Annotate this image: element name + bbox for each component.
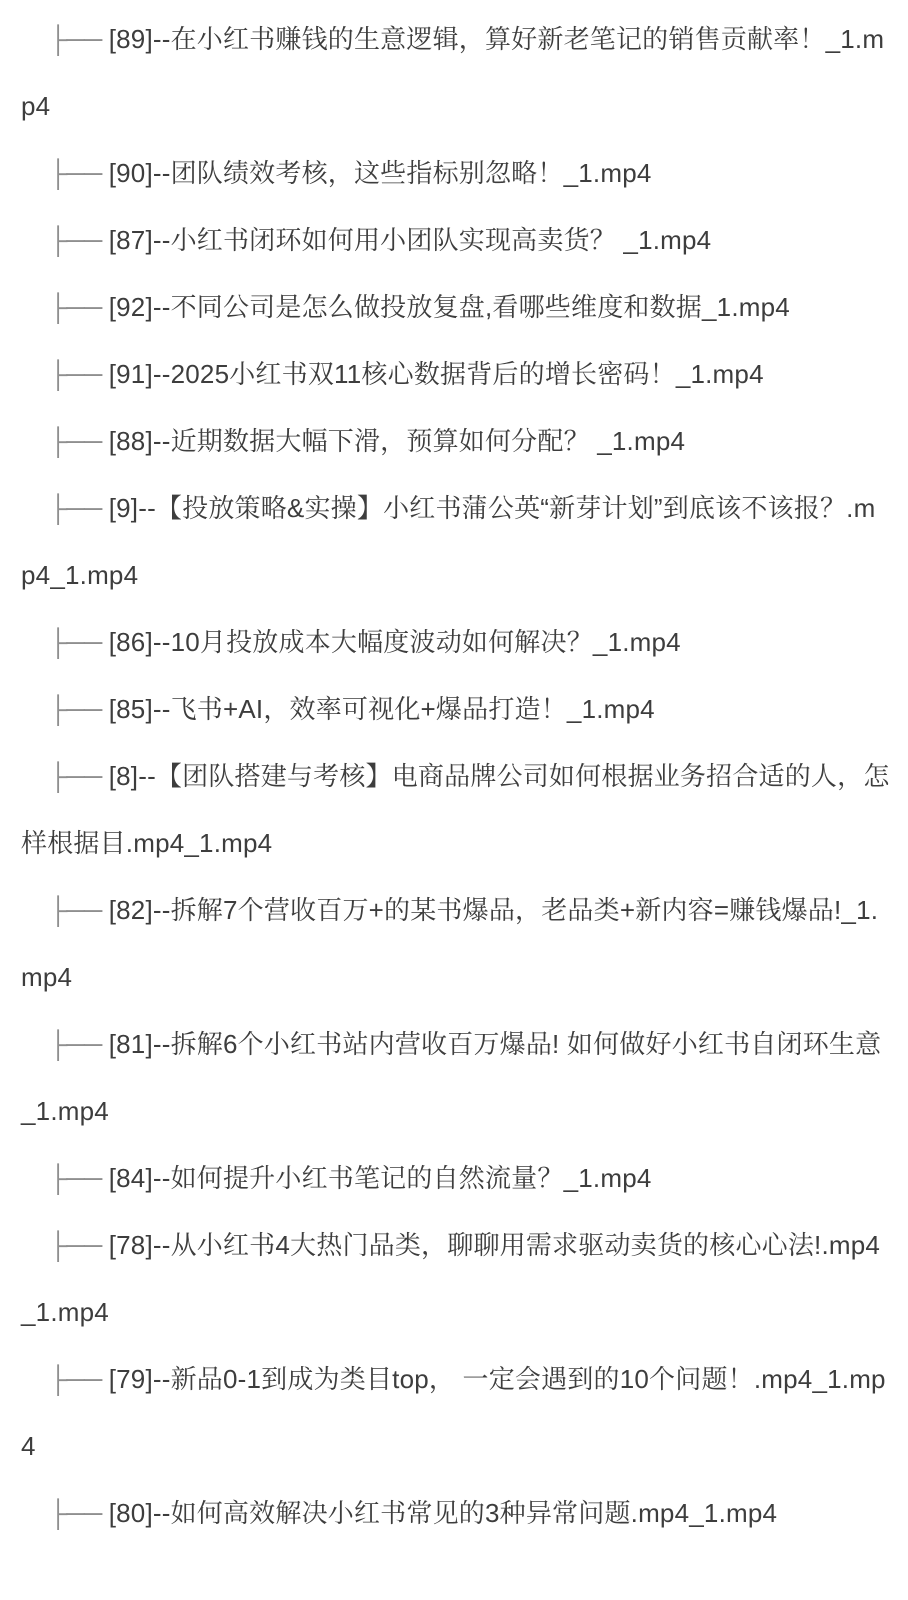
file-tree-entry: ├── [84]--如何提升小红书笔记的自然流量？_1.mp4 [21, 1145, 890, 1212]
file-name: [91]--2025小红书双11核心数据背后的增长密码！_1.mp4 [109, 359, 764, 389]
file-tree-entry: ├── [87]--小红书闭环如何用小团队实现高卖货？ _1.mp4 [21, 207, 890, 274]
file-tree-entry: ├── [92]--不同公司是怎么做投放复盘,看哪些维度和数据_1.mp4 [21, 274, 890, 341]
tree-branch-icon: ├── [49, 1029, 101, 1059]
file-tree-entry: ├── [79]--新品0-1到成为类目top， 一定会遇到的10个问题！.mp… [21, 1346, 890, 1480]
tree-branch-icon: ├── [49, 158, 101, 188]
file-name: [8]--【团队搭建与考核】电商品牌公司如何根据业务招合适的人，怎样根据目.mp… [21, 761, 890, 858]
file-name: [92]--不同公司是怎么做投放复盘,看哪些维度和数据_1.mp4 [109, 292, 790, 322]
file-name: [89]--在小红书赚钱的生意逻辑，算好新老笔记的销售贡献率！_1.mp4 [21, 24, 884, 121]
file-name: [82]--拆解7个营收百万+的某书爆品，老品类+新内容=赚钱爆品!_1.mp4 [21, 895, 878, 992]
tree-branch-icon: ├── [49, 1498, 101, 1528]
tree-branch-icon: ├── [49, 694, 101, 724]
file-tree-entry: ├── [8]--【团队搭建与考核】电商品牌公司如何根据业务招合适的人，怎样根据… [21, 743, 890, 877]
file-name: [84]--如何提升小红书笔记的自然流量？_1.mp4 [109, 1163, 652, 1193]
tree-branch-icon: ├── [49, 895, 101, 925]
tree-branch-icon: ├── [49, 1230, 101, 1260]
file-name: [80]--如何高效解决小红书常见的3种异常问题.mp4_1.mp4 [109, 1498, 777, 1528]
tree-branch-icon: ├── [49, 359, 101, 389]
file-name: [9]--【投放策略&实操】小红书蒲公英“新芽计划”到底该不该报？.mp4_1.… [21, 493, 875, 590]
file-tree-entry: ├── [89]--在小红书赚钱的生意逻辑，算好新老笔记的销售贡献率！_1.mp… [21, 6, 890, 140]
file-tree-entry: ├── [82]--拆解7个营收百万+的某书爆品，老品类+新内容=赚钱爆品!_1… [21, 877, 890, 1011]
tree-branch-icon: ├── [49, 493, 101, 523]
file-tree-entry: ├── [91]--2025小红书双11核心数据背后的增长密码！_1.mp4 [21, 341, 890, 408]
tree-branch-icon: ├── [49, 1163, 101, 1193]
file-name: [78]--从小红书4大热门品类，聊聊用需求驱动卖货的核心心法!.mp4_1.m… [21, 1230, 880, 1327]
file-tree-listing-page: ├── [89]--在小红书赚钱的生意逻辑，算好新老笔记的销售贡献率！_1.mp… [0, 0, 908, 1600]
tree-branch-icon: ├── [49, 426, 101, 456]
file-name: [88]--近期数据大幅下滑，预算如何分配？ _1.mp4 [109, 426, 685, 456]
file-tree-entry: ├── [86]--10月投放成本大幅度波动如何解决？_1.mp4 [21, 609, 890, 676]
file-name: [86]--10月投放成本大幅度波动如何解决？_1.mp4 [109, 627, 681, 657]
file-tree-entry: ├── [78]--从小红书4大热门品类，聊聊用需求驱动卖货的核心心法!.mp4… [21, 1212, 890, 1346]
file-tree-entry: ├── [80]--如何高效解决小红书常见的3种异常问题.mp4_1.mp4 [21, 1480, 890, 1547]
file-tree-entry: ├── [90]--团队绩效考核，这些指标别忽略！_1.mp4 [21, 140, 890, 207]
tree-branch-icon: ├── [49, 24, 101, 54]
file-name: [79]--新品0-1到成为类目top， 一定会遇到的10个问题！.mp4_1.… [21, 1364, 886, 1461]
file-name: [90]--团队绩效考核，这些指标别忽略！_1.mp4 [109, 158, 652, 188]
file-name: [87]--小红书闭环如何用小团队实现高卖货？ _1.mp4 [109, 225, 712, 255]
file-tree-entry: ├── [88]--近期数据大幅下滑，预算如何分配？ _1.mp4 [21, 408, 890, 475]
tree-branch-icon: ├── [49, 292, 101, 322]
file-tree: ├── [89]--在小红书赚钱的生意逻辑，算好新老笔记的销售贡献率！_1.mp… [21, 6, 890, 1547]
file-name: [81]--拆解6个小红书站内营收百万爆品! 如何做好小红书自闭环生意_1.mp… [21, 1029, 881, 1126]
tree-branch-icon: ├── [49, 761, 101, 791]
file-tree-entry: ├── [9]--【投放策略&实操】小红书蒲公英“新芽计划”到底该不该报？.mp… [21, 475, 890, 609]
file-tree-entry: ├── [85]--飞书+AI，效率可视化+爆品打造！_1.mp4 [21, 676, 890, 743]
file-tree-entry: ├── [81]--拆解6个小红书站内营收百万爆品! 如何做好小红书自闭环生意_… [21, 1011, 890, 1145]
tree-branch-icon: ├── [49, 225, 101, 255]
file-name: [85]--飞书+AI，效率可视化+爆品打造！_1.mp4 [109, 694, 655, 724]
tree-branch-icon: ├── [49, 1364, 101, 1394]
tree-branch-icon: ├── [49, 627, 101, 657]
